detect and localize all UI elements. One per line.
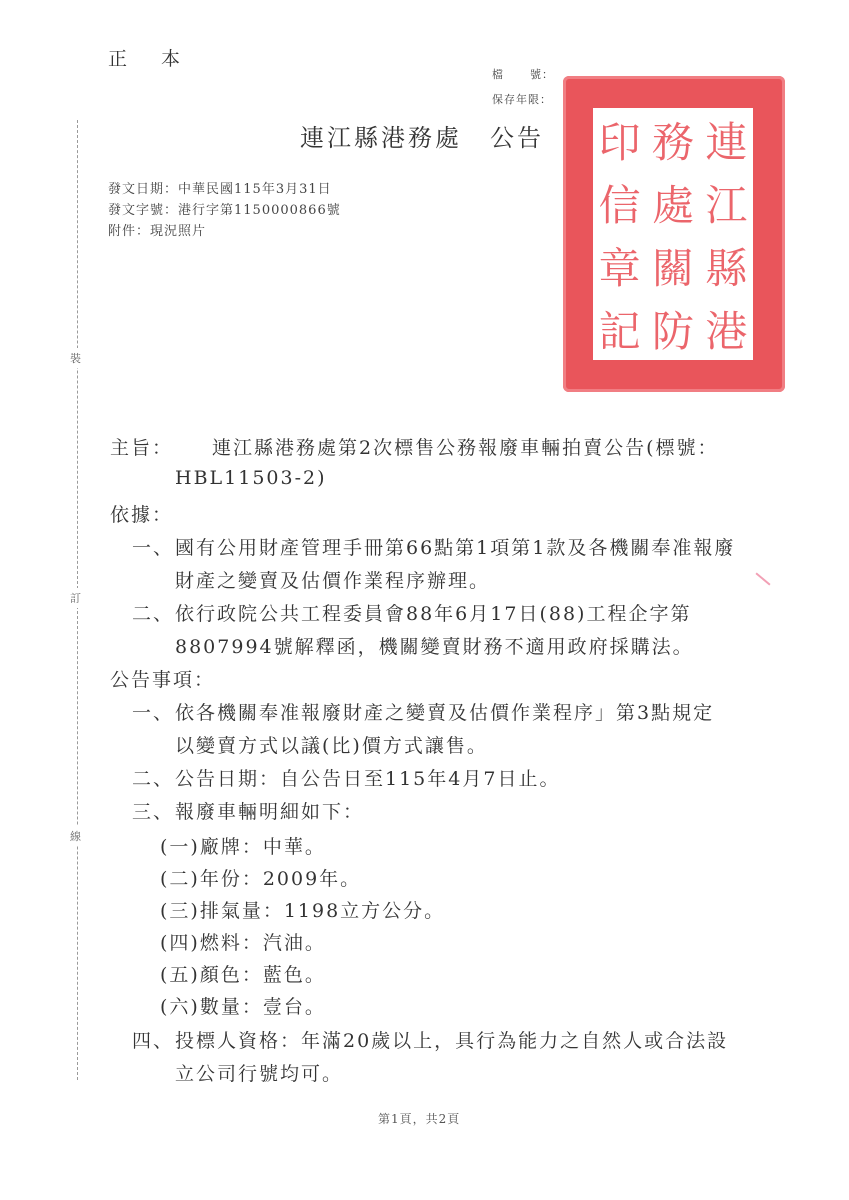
- subject-label: 主旨：: [110, 433, 173, 460]
- notice-item-num: 四、: [132, 1026, 174, 1053]
- official-seal-stamp: 連 江 縣 港 務 處 關 防 印 信 章 記: [563, 76, 785, 392]
- seal-char: 港: [700, 297, 753, 360]
- basis-label: 依據：: [110, 500, 173, 527]
- vehicle-detail: (三)排氣量：1198立方公分。: [160, 896, 445, 923]
- basis-item-line2: 財產之變賣及估價作業程序辦理。: [175, 566, 490, 593]
- vehicle-detail: (一)廠牌：中華。: [160, 832, 326, 859]
- basis-item-line2: 8807994號解釋函，機關變賣財務不適用政府採購法。: [175, 632, 694, 659]
- subject-line2: HBL11503-2): [175, 467, 327, 489]
- issue-number: 發文字號：港行字第1150000866號: [108, 200, 341, 221]
- copy-mark: 正 本: [108, 44, 194, 71]
- notice-item-line2: 以變賣方式以議(比)價方式讓售。: [175, 731, 488, 758]
- seal-char: 印: [593, 108, 646, 171]
- vehicle-detail: (二)年份：2009年。: [160, 864, 361, 891]
- file-number-label: 檔號：: [492, 66, 554, 82]
- basis-item-num: 一、: [132, 533, 174, 560]
- basis-item-line1: 國有公用財產管理手冊第66點第1項第1款及各機關奉准報廢: [175, 533, 735, 560]
- file-number-label-part2: 號：: [530, 68, 554, 81]
- notice-item-line1: 報廢車輛明細如下：: [175, 797, 364, 824]
- vehicle-detail: (六)數量：壹台。: [160, 992, 326, 1019]
- seal-char: 處: [646, 171, 699, 234]
- seal-char: 記: [593, 297, 646, 360]
- notice-label: 公告事項：: [110, 665, 215, 692]
- notice-item-line1: 投標人資格：年滿20歲以上，具行為能力之自然人或合法設: [175, 1026, 728, 1053]
- vehicle-detail: (四)燃料：汽油。: [160, 928, 326, 955]
- notice-item-num: 三、: [132, 797, 174, 824]
- page-title: 連江縣港務處公告: [300, 118, 544, 153]
- binding-mark-zhuang: 裝: [70, 348, 81, 368]
- issue-date: 發文日期：中華民國115年3月31日: [108, 179, 341, 200]
- seal-char: 防: [646, 297, 699, 360]
- agency-name: 連江縣港務處: [300, 124, 462, 152]
- binding-mark-ding: 訂: [70, 588, 81, 608]
- retention-label: 保存年限：: [492, 91, 552, 107]
- notice-item-num: 二、: [132, 764, 174, 791]
- basis-item-line1: 依行政院公共工程委員會88年6月17日(88)工程企字第: [175, 599, 691, 626]
- notice-item-num: 一、: [132, 698, 174, 725]
- attachment: 附件：現況照片: [108, 221, 341, 242]
- notice-item-line1: 依各機關奉准報廢財產之變賣及估價作業程序」第3點規定: [175, 698, 714, 725]
- red-pen-mark: [755, 572, 770, 585]
- doc-type: 公告: [490, 124, 544, 152]
- file-number-label-part1: 檔: [492, 68, 504, 81]
- seal-char: 關: [646, 234, 699, 297]
- document-meta: 發文日期：中華民國115年3月31日 發文字號：港行字第1150000866號 …: [108, 179, 341, 242]
- seal-char: 連: [700, 108, 753, 171]
- basis-item-num: 二、: [132, 599, 174, 626]
- seal-char: 縣: [700, 234, 753, 297]
- seal-char: 江: [700, 171, 753, 234]
- seal-char: 信: [593, 171, 646, 234]
- seal-char: 務: [646, 108, 699, 171]
- page-number: 第1頁，共2頁: [378, 1110, 460, 1127]
- notice-item-line1: 公告日期：自公告日至115年4月7日止。: [175, 764, 560, 791]
- binding-mark-xian: 線: [70, 826, 81, 846]
- subject-line1: 連江縣港務處第2次標售公務報廢車輛拍賣公告(標號：: [212, 433, 719, 460]
- vehicle-detail: (五)顏色：藍色。: [160, 960, 326, 987]
- notice-item-line2: 立公司行號均可。: [175, 1059, 343, 1086]
- seal-char: 章: [593, 234, 646, 297]
- seal-inner: 連 江 縣 港 務 處 關 防 印 信 章 記: [593, 108, 753, 360]
